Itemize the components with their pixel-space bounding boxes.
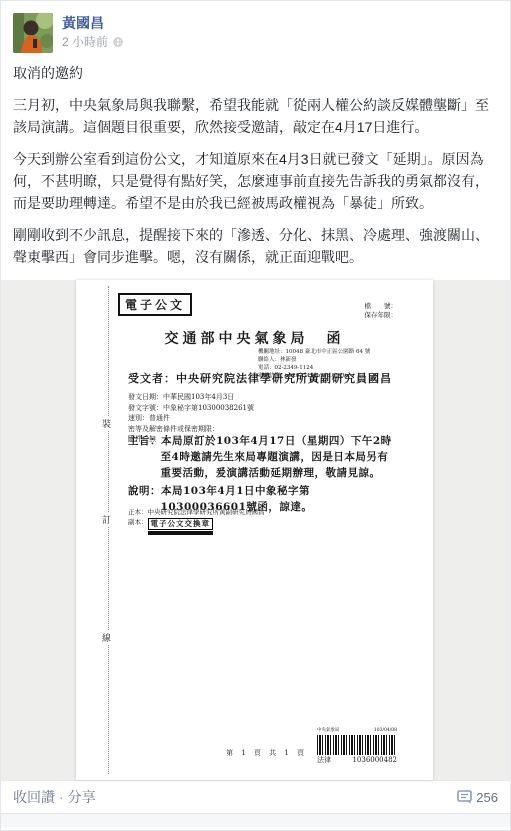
post-text: 取消的邀約 三月初，中央氣象局與我聯繫，希望我能就「從兩人權公約談反媒體壟斷」至… [1,53,510,268]
avatar[interactable] [13,13,53,53]
official-document-page: 裝 訂 線 電子公文 檔 號： 保存年限： 交通部中央氣象局 函 機關地址：10… [76,280,433,780]
binding-mark: 訂 [102,512,111,527]
comment-count: 256 [476,790,498,805]
delivery-speed: 速別：普通件 [128,413,254,424]
contact-person: 聯絡人：林新發 [258,356,370,364]
author-name-link[interactable]: 黃國昌 [62,14,104,33]
recipient-line: 受文者：中央研究院法律學研究所黃副研究員國昌 [128,370,392,386]
document-title: 交通部中央氣象局 函 [76,328,433,348]
binding-mark: 裝 [102,416,111,431]
original-copy-line: 正本：中央研究院法律學研究所黃副研究員國昌 [128,508,265,517]
post-paragraph: 三月初，中央氣象局與我聯繫，希望我能就「從兩人權公約談反媒體壟斷」至該局演講。這… [13,94,498,138]
agency-address: 機關地址：10048 臺北市中正區公園路 64 號 [258,348,370,356]
electronic-exchange-stamp: 電子公文交換章 [148,518,214,530]
barcode [317,735,397,755]
attached-photo[interactable]: 裝 訂 線 電子公文 檔 號： 保存年限： 交通部中央氣象局 函 機關地址：10… [1,280,511,780]
timestamp-link[interactable]: 2 小時前 [62,34,108,50]
action-separator: · [59,789,64,805]
post-paragraph: 取消的邀約 [13,62,498,84]
avatar-image [13,13,53,53]
post-paragraph: 今天到辦公室看到這份公文，才知道原來在4月3日就已發文「延期」。原因為何，不甚明… [13,148,498,214]
retention-label: 保存年限： [365,311,398,320]
header-meta: 黃國昌 2 小時前 [62,13,123,53]
unlike-button[interactable]: 收回讚 [13,789,55,805]
issue-date: 發文日期：中華民國103年4月3日 [128,392,254,403]
stamp-code-bar [148,531,214,535]
comment-icon [457,790,472,804]
copies-block: 正本：中央研究院法律學研究所黃副研究員國昌 副本： 電子公文交換章 [128,508,265,535]
post-action-bar: 收回讚·分享 256 [1,780,510,813]
share-button[interactable]: 分享 [68,789,96,805]
reference-number: 發文字號：中象秘字第10300038261號 [128,403,254,414]
barcode-label: 法律 [317,756,331,765]
file-number-block: 檔 號： 保存年限： [365,302,398,320]
file-number-label: 檔 號： [365,302,398,311]
binding-mark: 線 [102,630,111,645]
globe-privacy-icon [113,37,123,47]
electronic-document-badge: 電子公文 [118,293,192,316]
page-number: 第 1 頁 共 1 頁 [226,748,307,758]
post-paragraph: 剛剛收到不少訊息，提醒接下來的「滲透、分化、抹黑、冷處理、強渡關山、聲東擊西」會… [13,224,498,268]
barcode-date-text: 103/04/08 [374,728,397,734]
binding-dotted-line [108,286,109,774]
barcode-agency-text: 中央氣象局 [317,728,340,734]
comment-count-button[interactable]: 256 [457,790,498,805]
comments-area[interactable] [1,813,510,827]
post-header: 黃國昌 2 小時前 [1,1,510,53]
cc-label: 副本： [128,518,148,527]
facebook-post-card: { "post": { "author": "黃國昌", "timestamp"… [0,0,511,831]
barcode-number: 1036000482 [352,756,397,765]
subject-paragraph: 主旨：本局原訂於103年4月17日（星期四）下午2時至4時邀請先生來局專題演講，… [128,433,393,481]
barcode-group: 中央氣象局 103/04/08 法律 1036000482 [317,728,397,765]
